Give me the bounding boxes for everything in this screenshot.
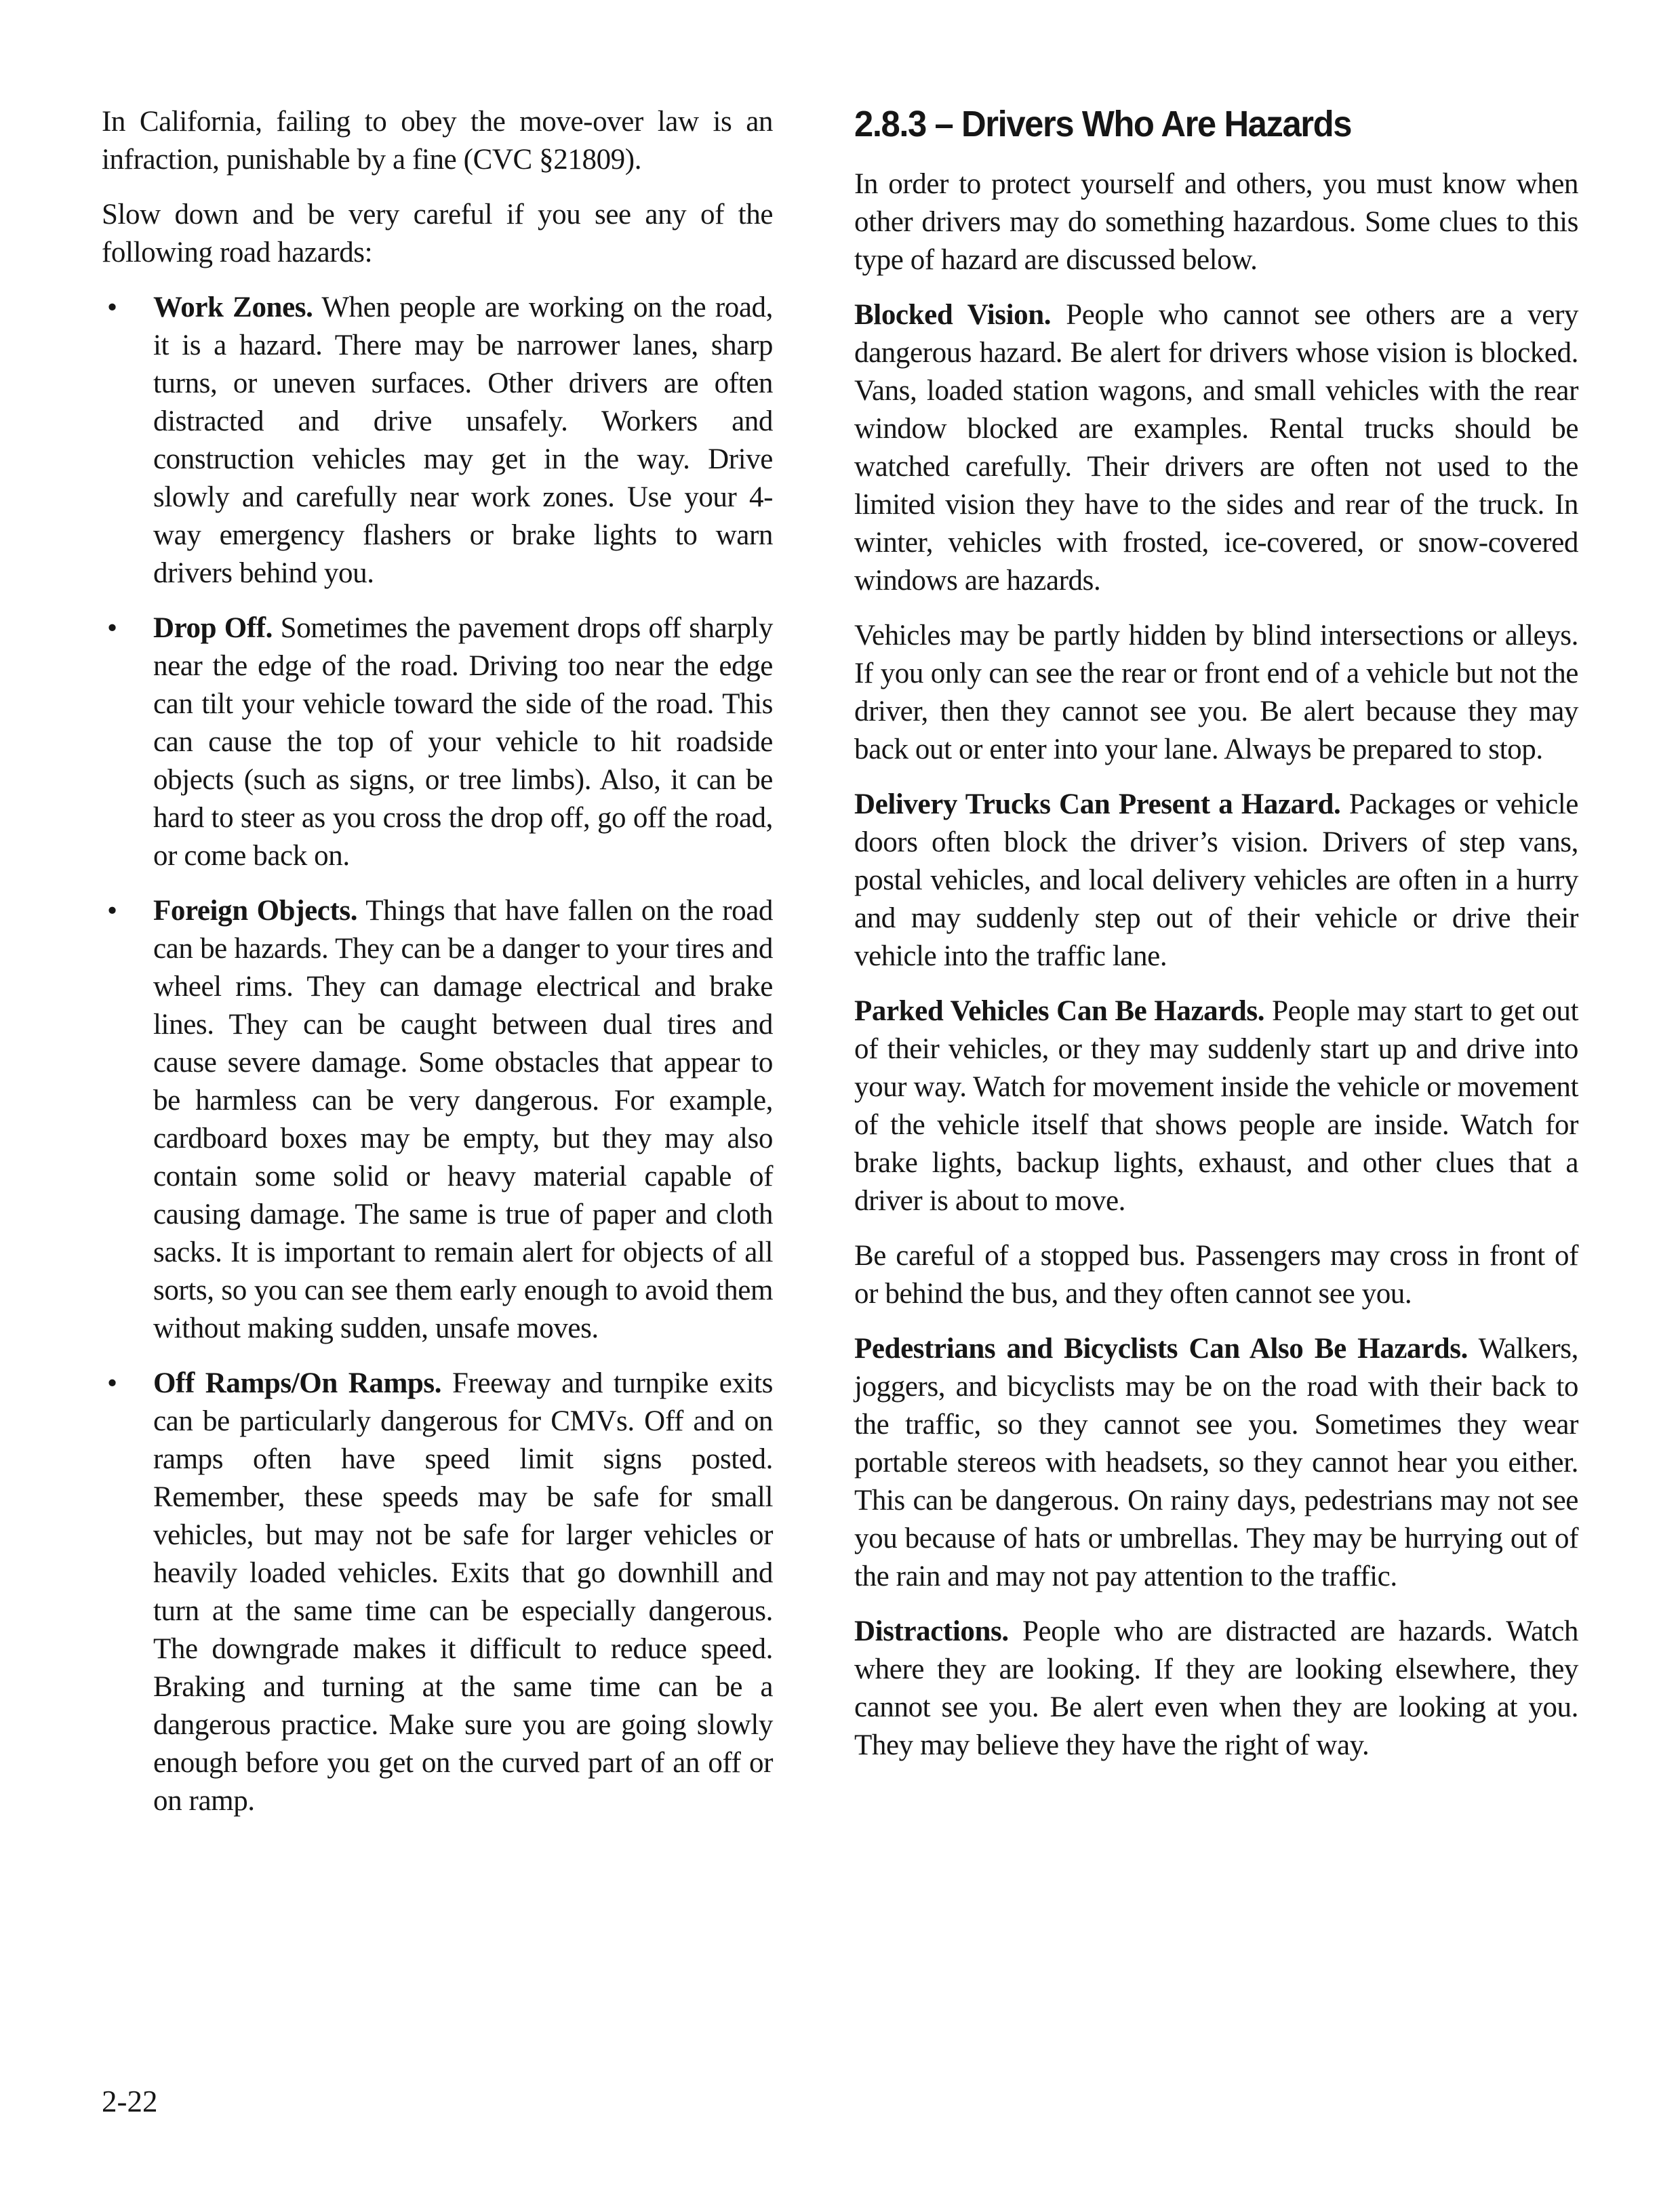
right-column: 2.8.3 – Drivers Who Are Hazards In order… — [854, 103, 1578, 1765]
road-hazards-bullet-list: • Work Zones. When people are working on… — [102, 289, 773, 1820]
paragraph-distractions: Distractions. People who are distracted … — [854, 1613, 1578, 1765]
paragraph-intro: In order to protect yourself and others,… — [854, 165, 1578, 279]
handbook-page: In California, failing to obey the move-… — [0, 0, 1678, 2212]
list-item: • Work Zones. When people are working on… — [102, 289, 773, 592]
paragraph-lead-blocked-vision: Blocked Vision. — [854, 299, 1051, 331]
bullet-text-drop-off: Sometimes the pavement drops off sharply… — [153, 612, 773, 872]
paragraph-text: People may start to get out of their veh… — [854, 995, 1578, 1217]
paragraph-stopped-bus: Be careful of a stopped bus. Passengers … — [854, 1237, 1578, 1313]
paragraph-parked-vehicles: Parked Vehicles Can Be Hazards. People m… — [854, 992, 1578, 1220]
section-heading: 2.8.3 – Drivers Who Are Hazards — [854, 103, 1535, 145]
paragraph-text: In order to protect yourself and others,… — [854, 168, 1578, 276]
page-number: 2-22 — [102, 2083, 158, 2120]
paragraph-delivery-trucks: Delivery Trucks Can Present a Hazard. Pa… — [854, 786, 1578, 976]
paragraph-lead-parked-vehicles: Parked Vehicles Can Be Hazards. — [854, 995, 1264, 1027]
bullet-lead-work-zones: Work Zones. — [153, 291, 313, 323]
bullet-lead-off-ramps: Off Ramps/On Ramps. — [153, 1367, 441, 1399]
paragraph-hidden-vehicles: Vehicles may be partly hidden by blind i… — [854, 617, 1578, 769]
paragraph-pedestrians-bicyclists: Pedestrians and Bicyclists Can Also Be H… — [854, 1330, 1578, 1596]
bullet-icon: • — [107, 892, 117, 930]
bullet-icon: • — [107, 1365, 117, 1403]
bullet-text-foreign-objects: Things that have fallen on the road can … — [153, 895, 773, 1344]
list-item: • Drop Off. Sometimes the pavement drops… — [102, 609, 773, 875]
paragraph-blocked-vision: Blocked Vision. People who cannot see ot… — [854, 296, 1578, 600]
bullet-text-off-ramps: Freeway and turnpike exits can be partic… — [153, 1367, 773, 1817]
paragraph-text: Walkers, joggers, and bicyclists may be … — [854, 1333, 1578, 1592]
paragraph-lead-delivery-trucks: Delivery Trucks Can Present a Hazard. — [854, 788, 1340, 820]
left-column: In California, failing to obey the move-… — [102, 103, 773, 1837]
list-item: • Off Ramps/On Ramps. Freeway and turnpi… — [102, 1365, 773, 1820]
bullet-text-work-zones: When people are working on the road, it … — [153, 291, 773, 589]
paragraph-lead-pedestrians-bicyclists: Pedestrians and Bicyclists Can Also Be H… — [854, 1333, 1468, 1365]
paragraph-text: Vehicles may be partly hidden by blind i… — [854, 620, 1578, 765]
bullet-icon: • — [107, 609, 117, 647]
list-item: • Foreign Objects. Things that have fall… — [102, 892, 773, 1348]
paragraph-text: Be careful of a stopped bus. Passengers … — [854, 1240, 1578, 1310]
paragraph-slow-down-intro: Slow down and be very careful if you see… — [102, 196, 773, 272]
paragraph-text: People who cannot see others are a very … — [854, 299, 1578, 597]
bullet-icon: • — [107, 289, 117, 327]
bullet-lead-drop-off: Drop Off. — [153, 612, 273, 644]
paragraph-move-over-law: In California, failing to obey the move-… — [102, 103, 773, 179]
bullet-lead-foreign-objects: Foreign Objects. — [153, 895, 357, 927]
paragraph-lead-distractions: Distractions. — [854, 1615, 1009, 1647]
